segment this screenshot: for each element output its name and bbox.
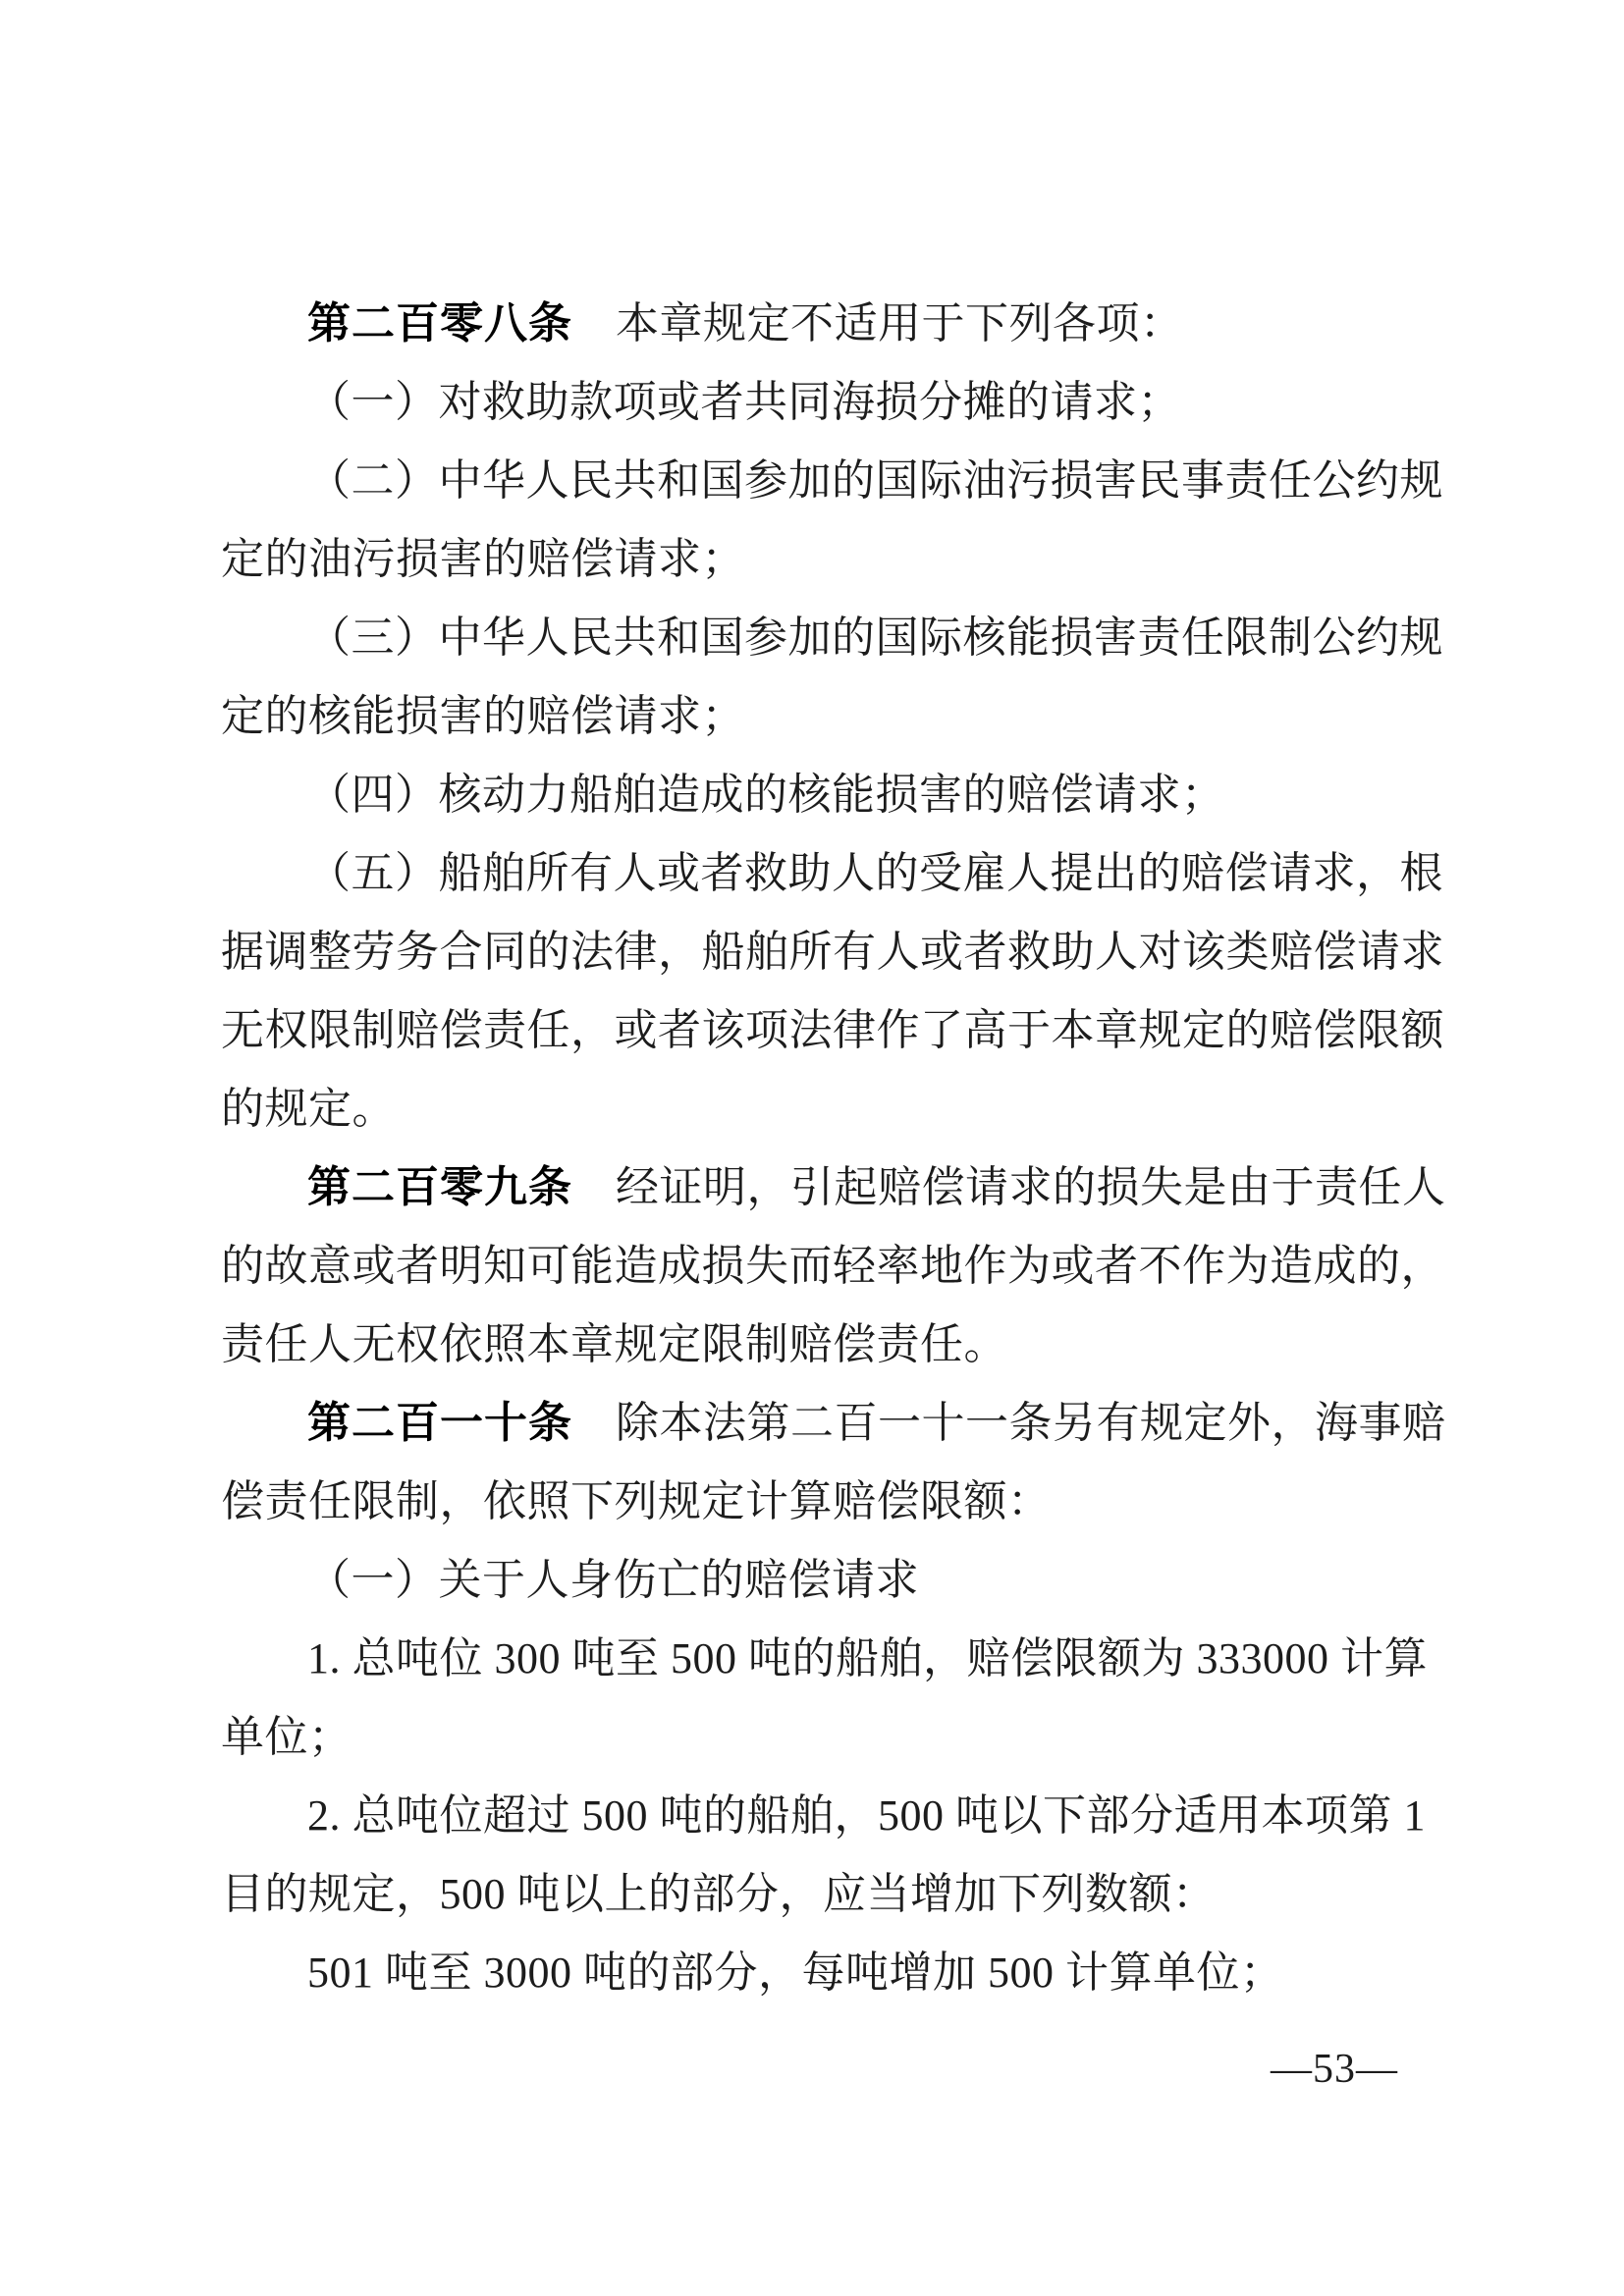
article-number: 第二百一十条 (307, 1399, 572, 1447)
text-line: 责任人无权依照本章规定限制赔偿责任。 (221, 1306, 1438, 1384)
text-line: （一）对救助款项或者共同海损分摊的请求； (221, 363, 1438, 442)
text-line: 单位； (221, 1698, 1438, 1777)
line-text: 的规定。 (221, 1085, 396, 1133)
line-text: 除本法第二百一十一条另有规定外，海事赔 (616, 1399, 1446, 1447)
legal-text-body: 第二百零八条本章规定不适用于下列各项：（一）对救助款项或者共同海损分摊的请求；（… (221, 285, 1438, 2012)
line-text: 经证明，引起赔偿请求的损失是由于责任人 (616, 1163, 1446, 1211)
line-text: 责任人无权依照本章规定限制赔偿责任。 (221, 1320, 1007, 1368)
line-text: （一）关于人身伤亡的赔偿请求 (307, 1556, 919, 1604)
line-text: 目的规定，500 吨以上的部分，应当增加下列数额： (221, 1870, 1217, 1918)
line-text: 偿责任限制，依照下列规定计算赔偿限额： (221, 1477, 1052, 1525)
page-number: —53— (1271, 2048, 1398, 2091)
line-text: （四）核动力船舶造成的核能损害的赔偿请求； (307, 771, 1225, 819)
line-text: 定的油污损害的赔偿请求； (221, 535, 745, 583)
text-line: 定的油污损害的赔偿请求； (221, 520, 1438, 599)
line-text: 本章规定不适用于下列各项： (616, 299, 1184, 347)
article-heading-line: 第二百一十条除本法第二百一十一条另有规定外，海事赔 (221, 1384, 1438, 1463)
line-text: （二）中华人民共和国参加的国际油污损害民事责任公约规 (307, 456, 1443, 505)
article-number: 第二百零九条 (307, 1163, 572, 1211)
text-line: （二）中华人民共和国参加的国际油污损害民事责任公约规 (221, 442, 1438, 520)
text-line: 无权限制赔偿责任，或者该项法律作了高于本章规定的赔偿限额 (221, 991, 1438, 1070)
text-line: （三）中华人民共和国参加的国际核能损害责任限制公约规 (221, 599, 1438, 677)
text-line: 的故意或者明知可能造成损失而轻率地作为或者不作为造成的， (221, 1227, 1438, 1306)
text-line: （四）核动力船舶造成的核能损害的赔偿请求； (221, 756, 1438, 834)
article-number: 第二百零八条 (307, 299, 572, 347)
line-text: 定的核能损害的赔偿请求； (221, 692, 745, 740)
line-text: 1. 总吨位 300 吨至 500 吨的船舶，赔偿限额为 333000 计算 (307, 1634, 1428, 1682)
line-text: （一）对救助款项或者共同海损分摊的请求； (307, 378, 1181, 426)
text-line: （一）关于人身伤亡的赔偿请求 (221, 1541, 1438, 1620)
text-line: （五）船舶所有人或者救助人的受雇人提出的赔偿请求，根 (221, 834, 1438, 913)
line-text: 据调整劳务合同的法律，船舶所有人或者救助人对该类赔偿请求 (221, 928, 1444, 976)
line-text: （五）船舶所有人或者救助人的受雇人提出的赔偿请求，根 (307, 849, 1443, 897)
line-text: 501 吨至 3000 吨的部分，每吨增加 500 计算单位； (307, 1949, 1284, 1997)
line-text: （三）中华人民共和国参加的国际核能损害责任限制公约规 (307, 614, 1443, 662)
text-line: 501 吨至 3000 吨的部分，每吨增加 500 计算单位； (221, 1934, 1438, 2012)
text-line: 目的规定，500 吨以上的部分，应当增加下列数额： (221, 1855, 1438, 1934)
document-page: 第二百零八条本章规定不适用于下列各项：（一）对救助款项或者共同海损分摊的请求；（… (0, 0, 1624, 2296)
line-text: 单位； (221, 1713, 352, 1761)
line-text: 2. 总吨位超过 500 吨的船舶，500 吨以下部分适用本项第 1 (307, 1791, 1426, 1840)
line-text: 的故意或者明知可能造成损失而轻率地作为或者不作为造成的， (221, 1242, 1444, 1290)
article-heading-line: 第二百零九条经证明，引起赔偿请求的损失是由于责任人 (221, 1148, 1438, 1227)
article-heading-line: 第二百零八条本章规定不适用于下列各项： (221, 285, 1438, 363)
text-line: 偿责任限制，依照下列规定计算赔偿限额： (221, 1463, 1438, 1541)
text-line: 1. 总吨位 300 吨至 500 吨的船舶，赔偿限额为 333000 计算 (221, 1620, 1438, 1698)
text-line: 定的核能损害的赔偿请求； (221, 677, 1438, 756)
text-line: 2. 总吨位超过 500 吨的船舶，500 吨以下部分适用本项第 1 (221, 1777, 1438, 1855)
line-text: 无权限制赔偿责任，或者该项法律作了高于本章规定的赔偿限额 (221, 1006, 1444, 1054)
text-line: 据调整劳务合同的法律，船舶所有人或者救助人对该类赔偿请求 (221, 913, 1438, 991)
text-line: 的规定。 (221, 1070, 1438, 1148)
